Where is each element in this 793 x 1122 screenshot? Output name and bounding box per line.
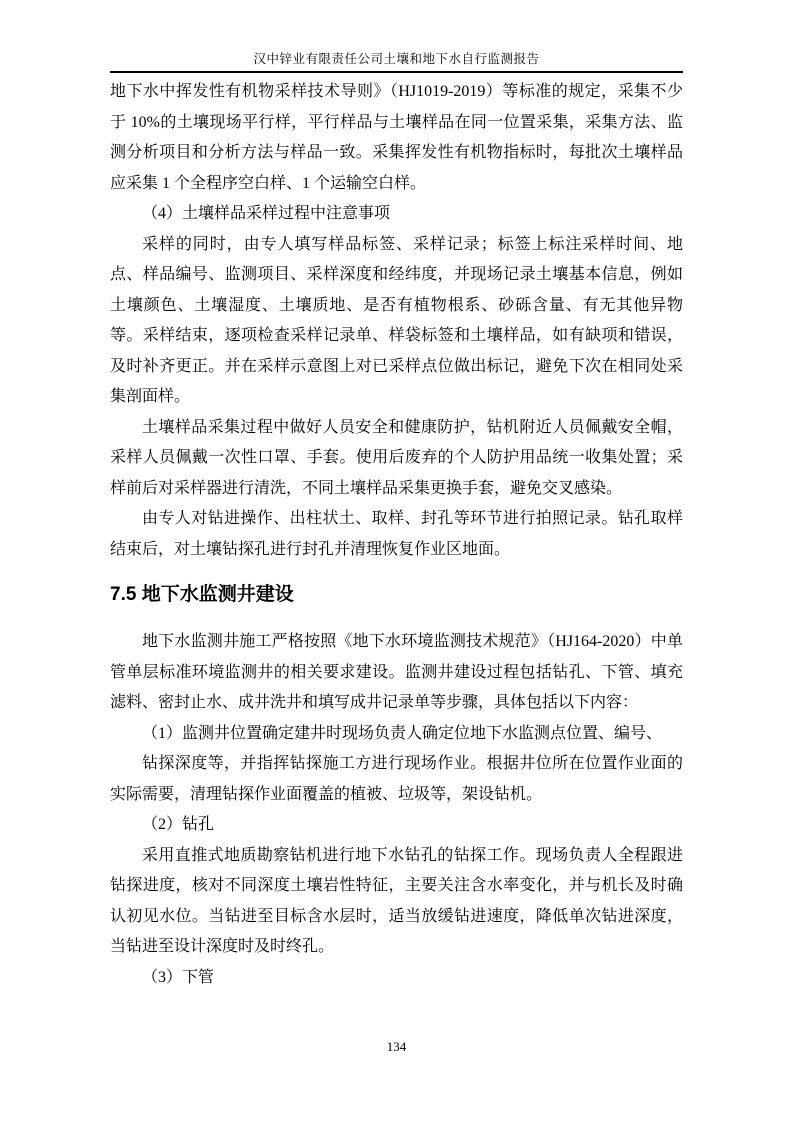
paragraph: （3）下管 <box>110 963 683 994</box>
section-heading-7-5: 7.5 地下水监测井建设 <box>110 581 683 609</box>
paragraph: 地下水监测井施工严格按照《地下水环境监测技术规范》（HJ164-2020）中单管… <box>110 627 683 719</box>
page-header-title: 汉中锌业有限责任公司土壤和地下水自行监测报告 <box>110 50 683 68</box>
paragraph: 采用直推式地质勘察钻机进行地下水钻孔的钻探工作。现场负责人全程跟进钻探进度，核对… <box>110 841 683 963</box>
paragraph: 地下水中挥发性有机物采样技术导则》（HJ1019-2019）等标准的规定，采集不… <box>110 77 683 199</box>
page-footer: 134 <box>110 1038 683 1056</box>
paragraph: 钻探深度等，并指挥钻探施工方进行现场作业。根据井位所在位置作业面的实际需要，清理… <box>110 749 683 810</box>
paragraph: 由专人对钻进操作、出柱状土、取样、封孔等环节进行拍照记录。钻孔取样结束后，对土壤… <box>110 504 683 565</box>
paragraph: 采样的同时，由专人填写样品标签、采样记录；标签上标注采样时间、地点、样品编号、监… <box>110 230 683 413</box>
paragraph: （4）土壤样品采样过程中注意事项 <box>110 199 683 230</box>
paragraph: （2）钻孔 <box>110 810 683 841</box>
header-divider <box>110 71 683 73</box>
page-header: 汉中锌业有限责任公司土壤和地下水自行监测报告 <box>110 50 683 73</box>
document-page: 汉中锌业有限责任公司土壤和地下水自行监测报告 地下水中挥发性有机物采样技术导则》… <box>0 0 793 1122</box>
paragraph: （1）监测井位置确定建井时现场负责人确定位地下水监测点位置、编号、 <box>110 719 683 750</box>
document-body: 地下水中挥发性有机物采样技术导则》（HJ1019-2019）等标准的规定，采集不… <box>110 77 683 993</box>
paragraph: 土壤样品采集过程中做好人员安全和健康防护，钻机附近人员佩戴安全帽，采样人员佩戴一… <box>110 413 683 505</box>
page-number: 134 <box>387 1039 407 1054</box>
